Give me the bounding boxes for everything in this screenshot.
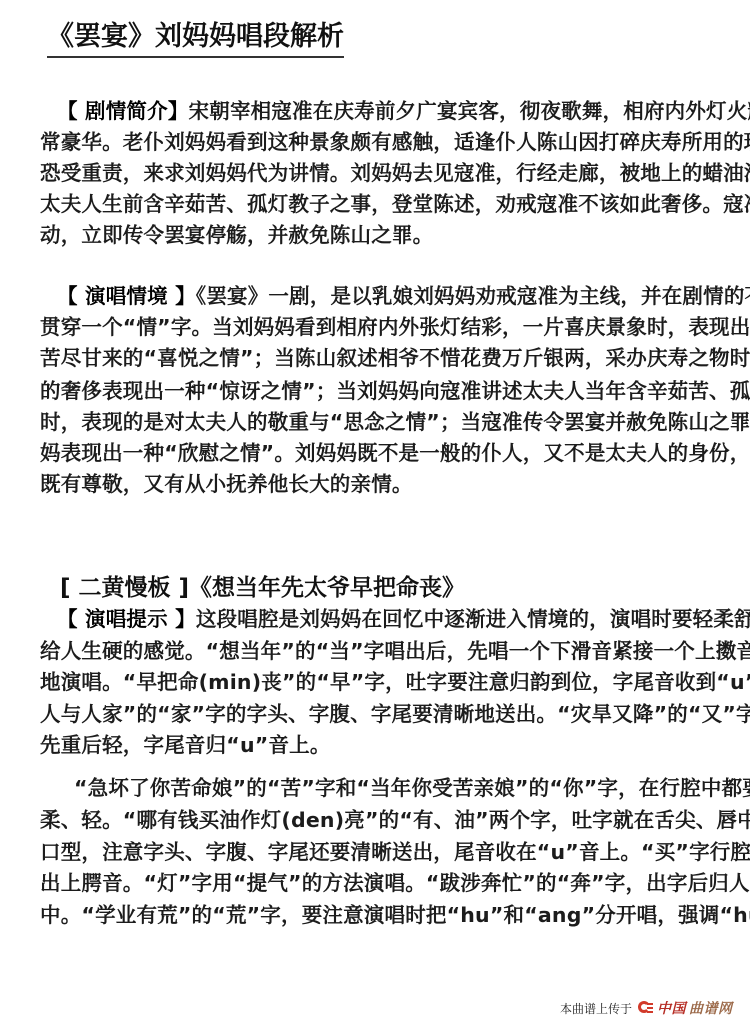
paragraph-line: “急坏了你苦命娘”的“苦”字和“当年你受苦亲娘”的“你”字，在行腔中都要注意 [74,774,718,802]
site-logo[interactable]: 中国曲谱网 [638,998,733,1018]
paragraph-line: 常豪华。老仆刘妈妈看到这种景象颇有感触，适逢仆人陈山因打碎庆寿所用的珍贵物品 [40,128,718,156]
paragraph-line: 出上腭音。“灯”字用“提气”的方法演唱。“跋涉奔忙”的“奔”字，出字后归人鼻腔共… [40,869,718,897]
paragraph-line: 苦尽甘来的“喜悦之情”；当陈山叙述相爷不惜花费万斤银两，采办庆寿之物时，对寇准 [40,344,718,372]
logo-icon [638,1001,654,1015]
section-label: 【 演唱提示 】 [57,607,196,631]
paragraph-line: 地演唱。“早把命(min)丧”的“早”字，吐字要注意归韵到位，字尾音收到“u”音… [40,668,718,696]
paragraph-line: 太夫人生前含辛茹苦、孤灯教子之事，登堂陈述，劝戒寇准不该如此奢侈。寇准大为感 [40,190,718,218]
aria-heading: [ 二黄慢板 ]《想当年先太爷早把命丧》 [60,569,465,602]
paragraph-line: 柔、轻。“哪有钱买油作灯(den)亮”的“有、油”两个字，吐字就在舌尖、唇中发音… [40,806,718,834]
paragraph-line: 时，表现的是对太夫人的敬重与“思念之情”；当寇准传令罢宴并赦免陈山之罪时，刘妈 [40,408,718,436]
aria-title: 《想当年先太爷早把命丧》 [189,575,465,601]
upload-note: 本曲谱上传于 [560,1000,632,1017]
logo-text-part1: 中国 [657,998,686,1018]
paragraph-line: 恐受重责，来求刘妈妈代为讲情。刘妈妈去见寇准，行经走廊，被地上的蜡油滑倒，乃借 [40,159,718,187]
paragraph-line: 贯穿一个“情”字。当刘妈妈看到相府内外张灯结彩，一片喜庆景象时，表现出的是一种 [40,313,718,341]
section-label: 【 演唱情境 】 [57,284,196,308]
paragraph-line: 既有尊敬，又有从小抚养他长大的亲情。 [40,470,718,498]
paragraph-line: 给人生硬的感觉。“想当年”的“当”字唱出后，先唱一个下滑音紧接一个上擞音，要柔和 [40,637,718,665]
paragraph-line: 妈表现出一种“欣慰之情”。刘妈妈既不是一般的仆人，又不是太夫人的身份，她对寇准 [40,439,718,467]
paragraph-line: 的奢侈表现出一种“惊讶之情”；当刘妈妈向寇准讲述太夫人当年含辛茹苦、孤灯教子 [40,377,718,405]
aria-type-label: [ 二黄慢板 ] [60,575,189,601]
logo-text-part2: 曲谱网 [689,998,733,1018]
paragraph-line: 先重后轻，字尾音归“u”音上。 [40,731,718,759]
paragraph-line: 中。“学业有荒”的“荒”字，要注意演唱时把“hu”和“ang”分开唱，强调“hu… [40,901,718,929]
page-title: 《罢宴》刘妈妈唱段解析 [47,14,344,58]
paragraph-line: 人与人家”的“家”字的字头、字腹、字尾要清晰地送出。“灾旱又降”的“又”字在行腔… [40,700,718,728]
paragraph-line: 【 演唱提示 】这段唱腔是刘妈妈在回忆中逐渐进入情境的，演唱时要轻柔舒展，不要 [57,605,718,633]
footer-watermark: 本曲谱上传于 中国曲谱网 [560,997,733,1019]
paragraph-line: 动，立即传令罢宴停觞，并赦免陈山之罪。 [40,221,718,249]
paragraph-line: 【 剧情简介】宋朝宰相寇准在庆寿前夕广宴宾客，彻夜歌舞，相府内外灯火辉煌，非 [57,97,718,125]
paragraph-line: 【 演唱情境 】《罢宴》一剧，是以乳娘刘妈妈劝戒寇准为主线，并在剧情的不断展开中 [57,282,718,310]
paragraph-line: 口型，注意字头、字腹、字尾还要清晰送出，尾音收在“u”音上。“买”字行腔过程中，… [40,838,718,866]
section-label: 【 剧情简介】 [57,99,189,123]
